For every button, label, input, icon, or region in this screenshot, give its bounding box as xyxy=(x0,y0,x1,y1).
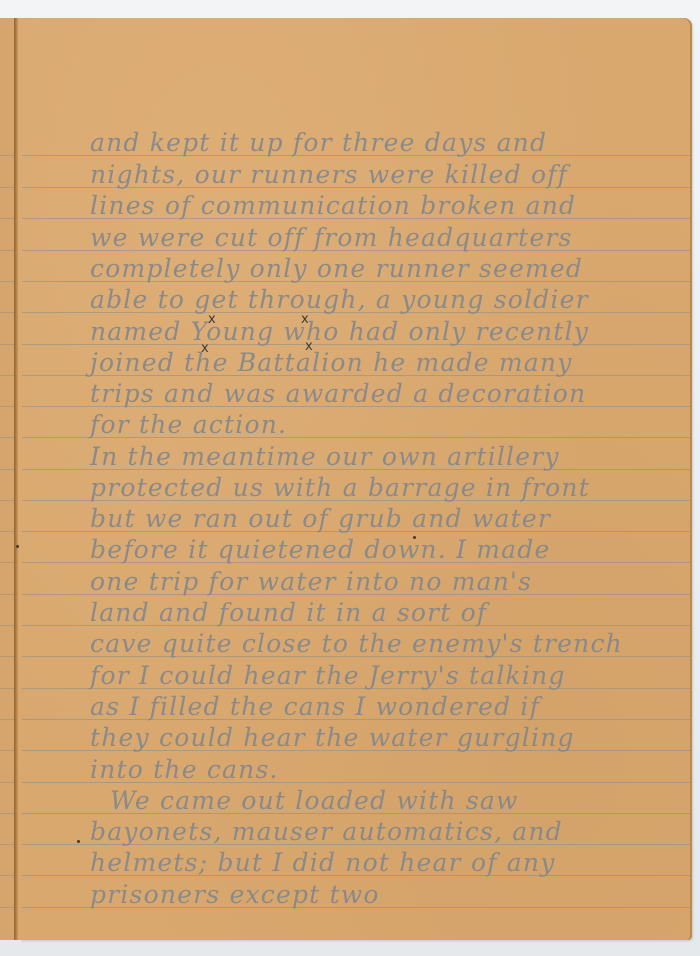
annotation-x-mark: x xyxy=(208,313,216,326)
text-line: as I filled the cans I wondered if xyxy=(90,692,690,722)
text-line: named Young who had only recently xyxy=(90,317,690,347)
text-line: land and found it in a sort of xyxy=(90,598,690,628)
text-line: they could hear the water gurgling xyxy=(90,723,690,753)
text-line: one trip for water into no man's xyxy=(90,567,690,597)
text-line: for I could hear the Jerry's talking xyxy=(90,661,690,691)
annotation-x-mark: x xyxy=(305,340,313,353)
text-line: for the action. xyxy=(90,410,690,440)
text-line: before it quietened down. I made xyxy=(90,535,690,565)
text-line: but we ran out of grub and water xyxy=(90,504,690,534)
paper-speck xyxy=(77,840,80,843)
text-line: prisoners except two xyxy=(90,880,690,910)
text-line: nights, our runners were killed off xyxy=(90,160,690,190)
text-line: completely only one runner seemed xyxy=(90,254,690,284)
annotation-x-mark: x xyxy=(301,313,309,326)
text-line: In the meantime our own artillery xyxy=(90,442,690,472)
text-line: able to get through, a young soldier xyxy=(90,285,690,315)
text-line: we were cut off from headquarters xyxy=(90,223,690,253)
paper-speck xyxy=(413,536,416,539)
text-line: bayonets, mauser automatics, and xyxy=(90,817,690,847)
handwritten-text: and kept it up for three days and nights… xyxy=(0,0,700,956)
text-line: trips and was awarded a decoration xyxy=(90,379,690,409)
text-line: helmets; but I did not hear of any xyxy=(90,848,690,878)
paper-speck xyxy=(16,545,19,548)
annotation-x-mark: x xyxy=(201,342,209,355)
text-line: cave quite close to the enemy's trench xyxy=(90,629,690,659)
text-line: protected us with a barrage in front xyxy=(90,473,690,503)
text-line: lines of communication broken and xyxy=(90,191,690,221)
text-line: and kept it up for three days and xyxy=(90,128,690,158)
text-line: We came out loaded with saw xyxy=(110,786,700,816)
text-line: into the cans. xyxy=(90,755,690,785)
text-line: joined the Battalion he made many xyxy=(90,348,690,378)
